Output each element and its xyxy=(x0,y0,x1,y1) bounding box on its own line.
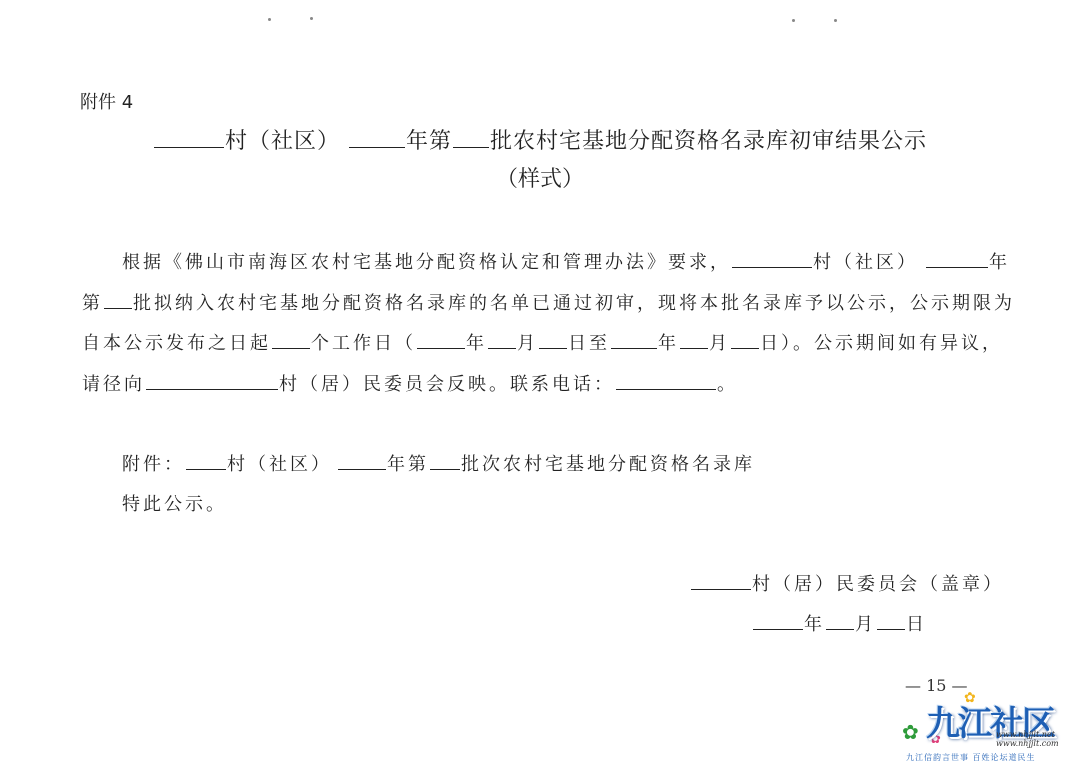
scan-speck xyxy=(792,19,795,22)
text: 年 xyxy=(989,252,1010,273)
text: 日至 xyxy=(568,333,610,354)
text: 年第 xyxy=(387,454,429,475)
text: 月 xyxy=(517,333,538,354)
text: 附件： xyxy=(122,454,185,475)
end-day-blank[interactable] xyxy=(731,330,759,349)
text: 年 xyxy=(658,333,679,354)
green-flower-icon: ✿ xyxy=(902,720,919,744)
watermark-logo: ✿ ✿ ✿ 九江社区 www.nhjjlt.net www.nhjjlt.com… xyxy=(898,690,1076,763)
text: 村（居）民委员会（盖章） xyxy=(752,574,1004,595)
title-text: 村（社区） xyxy=(225,129,340,154)
title-text: 批农村宅基地分配资格名录库初审结果公示 xyxy=(490,129,927,154)
paragraph-line-2: 第批拟纳入农村宅基地分配资格名录库的名单已通过初审，现将本批名录库予以公示，公示… xyxy=(82,289,1015,315)
paragraph-line-4: 请径向村（居）民委员会反映。联系电话：。 xyxy=(82,370,738,396)
scan-speck xyxy=(268,18,271,21)
batch-blank[interactable] xyxy=(453,125,489,148)
signature-committee: 村（居）民委员会（盖章） xyxy=(690,570,1004,596)
watermark-url: www.nhjjlt.net xyxy=(996,730,1059,739)
end-month-blank[interactable] xyxy=(680,330,708,349)
batch-blank[interactable] xyxy=(430,451,460,470)
text: 月 xyxy=(855,614,876,635)
attachment-label: 附件 4 xyxy=(80,88,133,114)
phone-blank[interactable] xyxy=(616,371,716,390)
watermark-urls: www.nhjjlt.net www.nhjjlt.com xyxy=(996,730,1059,748)
text: 日 xyxy=(906,614,927,635)
document-subtitle: （样式） xyxy=(0,162,1080,193)
text: 村（居）民委员会反映。联系电话： xyxy=(279,374,615,395)
document-title: 村（社区） 年第批农村宅基地分配资格名录库初审结果公示 xyxy=(0,124,1080,155)
year-blank[interactable] xyxy=(926,249,988,268)
text: 村（社区） xyxy=(813,252,918,273)
sign-year-blank[interactable] xyxy=(753,611,803,630)
text: 。 xyxy=(717,374,738,395)
text: 根据《佛山市南海区农村宅基地分配资格认定和管理办法》要求， xyxy=(122,252,731,273)
watermark-slogan: 九江信韵言世事 百姓论坛道民生 xyxy=(906,752,1036,763)
scan-speck xyxy=(834,19,837,22)
text: 第 xyxy=(82,293,103,314)
text: 个工作日（ xyxy=(311,333,416,354)
text: 日）。公示期间如有异议， xyxy=(760,333,1003,354)
sign-month-blank[interactable] xyxy=(826,611,854,630)
title-text: 年第 xyxy=(406,129,452,154)
village-blank[interactable] xyxy=(154,125,224,148)
paragraph-line-1: 根据《佛山市南海区农村宅基地分配资格认定和管理办法》要求，村（社区）年 xyxy=(122,248,1010,274)
year-blank[interactable] xyxy=(338,451,386,470)
batch-blank[interactable] xyxy=(104,290,132,309)
text: 批次农村宅基地分配资格名录库 xyxy=(461,454,755,475)
start-year-blank[interactable] xyxy=(417,330,465,349)
watermark-url: www.nhjjlt.com xyxy=(996,739,1059,748)
attachment-line: 附件：村（社区）年第批次农村宅基地分配资格名录库 xyxy=(122,450,755,476)
start-month-blank[interactable] xyxy=(488,330,516,349)
start-day-blank[interactable] xyxy=(539,330,567,349)
village-blank[interactable] xyxy=(691,571,751,590)
text: 年 xyxy=(804,614,825,635)
end-year-blank[interactable] xyxy=(611,330,657,349)
village-blank[interactable] xyxy=(732,249,812,268)
text: 请径向 xyxy=(82,374,145,395)
sign-day-blank[interactable] xyxy=(877,611,905,630)
text: 月 xyxy=(709,333,730,354)
text: 批拟纳入农村宅基地分配资格名录库的名单已通过初审，现将本批名录库予以公示，公示期… xyxy=(133,293,1015,314)
paragraph-line-3: 自本公示发布之日起个工作日（年月日至年月日）。公示期间如有异议， xyxy=(82,329,1003,355)
signature-date: 年月日 xyxy=(752,610,927,636)
closing-text: 特此公示。 xyxy=(122,490,227,516)
year-blank[interactable] xyxy=(349,125,405,148)
village-blank[interactable] xyxy=(186,451,226,470)
scan-speck xyxy=(310,17,313,20)
committee-blank[interactable] xyxy=(146,371,278,390)
days-blank[interactable] xyxy=(272,330,310,349)
text: 村（社区） xyxy=(227,454,332,475)
text: 自本公示发布之日起 xyxy=(82,333,271,354)
text: 年 xyxy=(466,333,487,354)
